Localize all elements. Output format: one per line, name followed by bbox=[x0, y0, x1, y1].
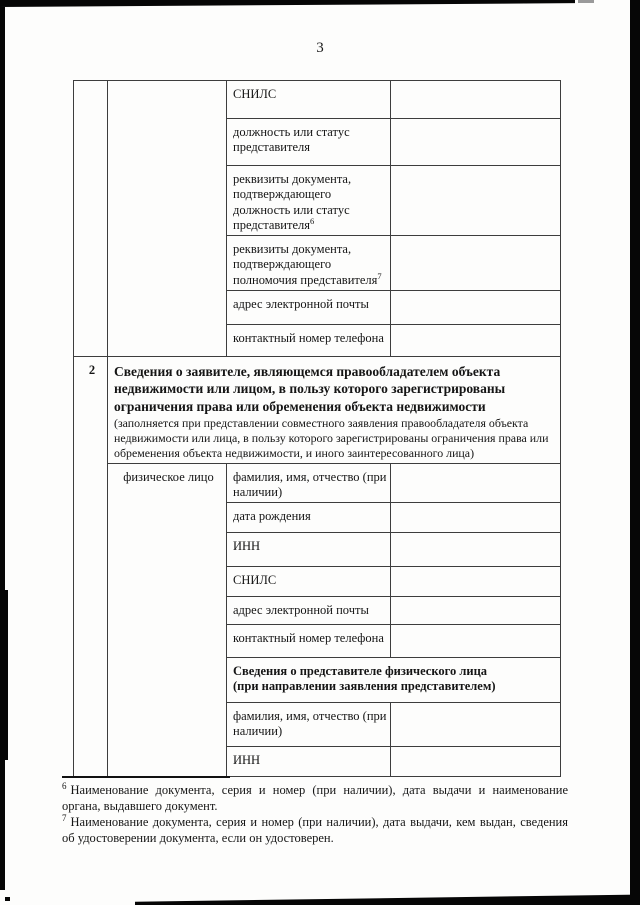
scan-edge-right bbox=[630, 0, 640, 905]
scanned-form-page: 3 СНИЛС должность или статус представите… bbox=[0, 0, 640, 905]
field-value-birth-date bbox=[391, 503, 561, 533]
field-label-position-status: должность или статус представителя bbox=[227, 119, 391, 166]
group-column-empty-cell bbox=[108, 81, 227, 357]
field-label-email2: адрес электронной почты bbox=[227, 597, 391, 625]
field-label-position-document: реквизиты документа, подтверждающего дол… bbox=[227, 166, 391, 236]
field-value-authority-document bbox=[391, 236, 561, 291]
footnote-6-text: Наименование документа, серия и номер (п… bbox=[62, 783, 568, 813]
table-row: физическое лицо фамилия, имя, отчество (… bbox=[74, 463, 561, 503]
scan-speck-top bbox=[578, 0, 594, 3]
footnote-ref-6: 6 bbox=[310, 216, 314, 226]
representative-header-line2: (при направлении заявления представителе… bbox=[233, 679, 557, 694]
field-label-full-name: фамилия, имя, отчество (при наличии) bbox=[227, 463, 391, 503]
field-label-phone2: контактный номер телефона bbox=[227, 625, 391, 658]
footnote-7-ref: 7 bbox=[62, 813, 71, 823]
field-label-text: реквизиты документа, подтверждающего дол… bbox=[233, 172, 351, 232]
number-column-empty-cell bbox=[74, 81, 108, 357]
field-value-snils bbox=[391, 81, 561, 119]
field-value-phone bbox=[391, 324, 561, 356]
footnote-6-ref: 6 bbox=[62, 781, 71, 791]
field-value-email bbox=[391, 290, 561, 324]
field-value-position-document bbox=[391, 166, 561, 236]
field-label-snils: СНИЛС bbox=[227, 81, 391, 119]
section-number: 2 bbox=[74, 356, 108, 776]
field-label-inn: ИНН bbox=[227, 533, 391, 567]
section-title: Сведения о заявителе, являющемся правооб… bbox=[114, 363, 557, 416]
scan-edge-left-thick bbox=[0, 590, 8, 760]
section-header-cell: Сведения о заявителе, являющемся правооб… bbox=[108, 356, 561, 463]
field-label-phone: контактный номер телефона bbox=[227, 324, 391, 356]
section-note: (заполняется при представлении совместно… bbox=[114, 416, 557, 460]
footnotes-block: 6Наименование документа, серия и номер (… bbox=[62, 782, 568, 846]
representative-header: Сведения о представителе физического лиц… bbox=[227, 658, 561, 703]
footnote-7: 7Наименование документа, серия и номер (… bbox=[62, 814, 568, 846]
field-value-full-name bbox=[391, 463, 561, 503]
field-label-authority-document: реквизиты документа, подтверждающего пол… bbox=[227, 236, 391, 291]
field-label-email: адрес электронной почты bbox=[227, 290, 391, 324]
form-table: СНИЛС должность или статус представителя… bbox=[73, 80, 561, 777]
field-value-snils2 bbox=[391, 567, 561, 597]
group-label-individual: физическое лицо bbox=[108, 463, 227, 777]
footnote-7-text: Наименование документа, серия и номер (п… bbox=[62, 815, 568, 845]
field-label-rep-full-name: фамилия, имя, отчество (при наличии) bbox=[227, 703, 391, 747]
table-row: СНИЛС bbox=[74, 81, 561, 119]
representative-header-line1: Сведения о представителе физического лиц… bbox=[233, 664, 557, 679]
scan-edge-bottom bbox=[135, 894, 640, 905]
field-value-rep-full-name bbox=[391, 703, 561, 747]
field-value-position-status bbox=[391, 119, 561, 166]
footnote-6: 6Наименование документа, серия и номер (… bbox=[62, 782, 568, 814]
footnote-separator bbox=[62, 776, 230, 778]
field-value-rep-inn bbox=[391, 747, 561, 777]
field-value-phone2 bbox=[391, 625, 561, 658]
field-value-inn bbox=[391, 533, 561, 567]
field-value-email2 bbox=[391, 597, 561, 625]
page-number: 3 bbox=[0, 40, 640, 57]
field-label-text: реквизиты документа, подтверждающего пол… bbox=[233, 242, 377, 287]
field-label-birth-date: дата рождения bbox=[227, 503, 391, 533]
scan-speck-bottom bbox=[5, 897, 10, 901]
field-label-snils2: СНИЛС bbox=[227, 567, 391, 597]
scan-edge-top bbox=[0, 0, 575, 7]
field-label-rep-inn: ИНН bbox=[227, 747, 391, 777]
table-row: 2 Сведения о заявителе, являющемся право… bbox=[74, 356, 561, 463]
footnote-ref-7: 7 bbox=[377, 270, 381, 280]
